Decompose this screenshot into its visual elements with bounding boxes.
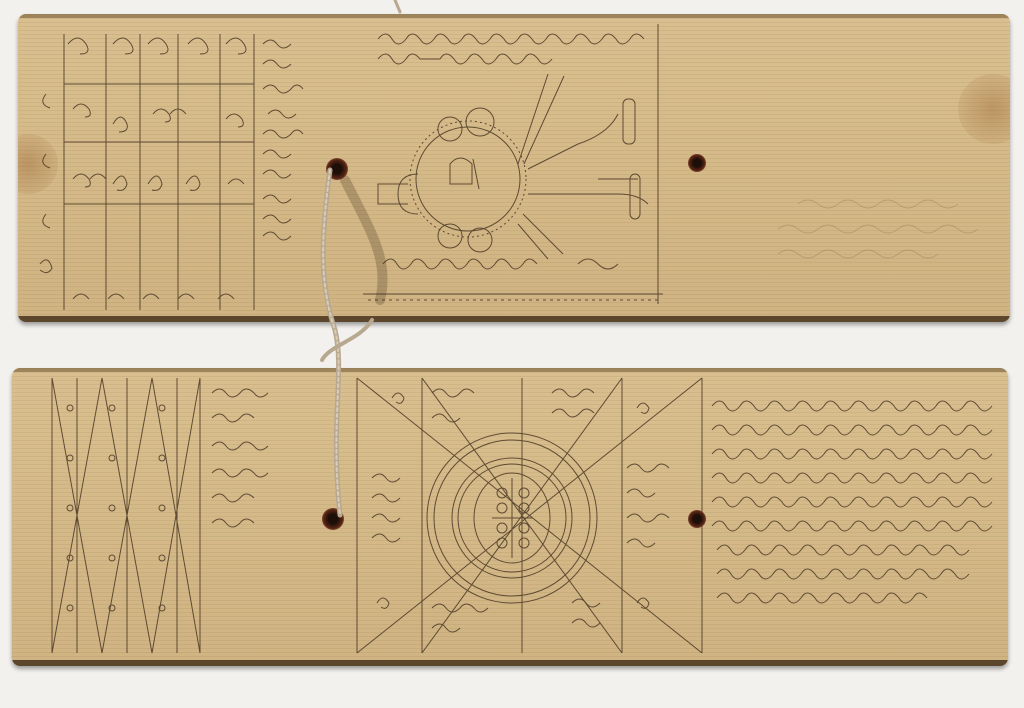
string-hole-right xyxy=(688,510,706,528)
string-hole-left xyxy=(326,158,348,180)
lower-leaf-drawing xyxy=(12,368,1008,666)
string-hole-right xyxy=(688,154,706,172)
lower-palm-leaf xyxy=(12,368,1008,666)
upper-leaf-drawing xyxy=(18,14,1010,322)
string-hole-left xyxy=(322,508,344,530)
upper-palm-leaf xyxy=(18,14,1010,322)
